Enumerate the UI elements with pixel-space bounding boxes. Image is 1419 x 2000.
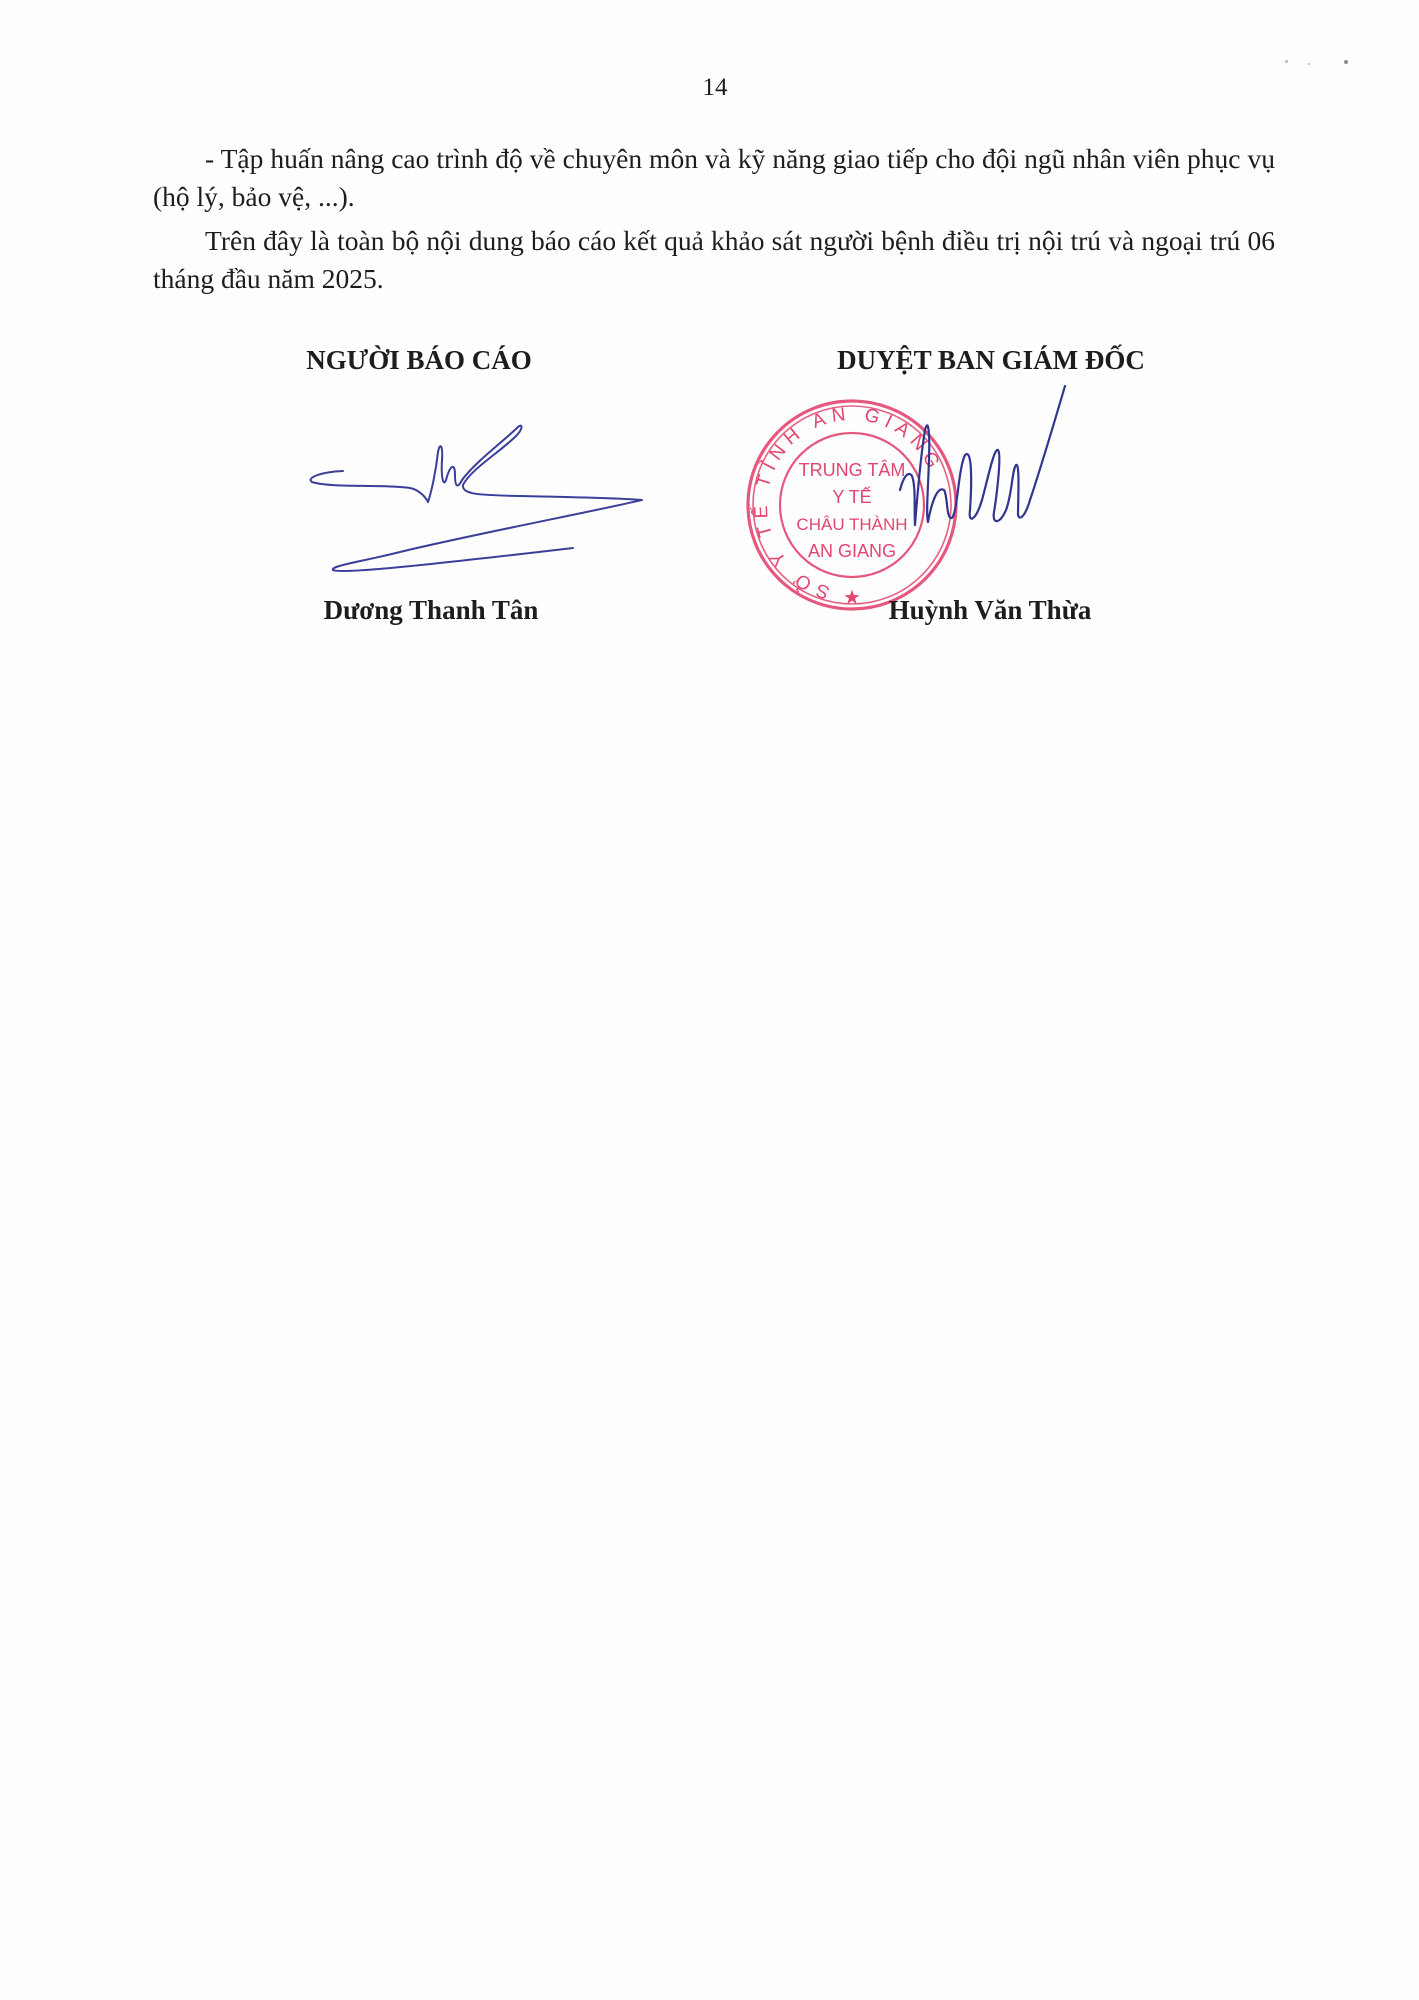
signature-stamp-layer: SỞ Y TẾ TỈNH AN GIANG ★ TRUNG TÂM Y TẾ C… xyxy=(0,0,1419,2000)
stamp-star-icon: ★ xyxy=(843,587,861,609)
scan-speck xyxy=(1308,63,1310,65)
reporter-signature xyxy=(311,426,642,571)
reporter-name: Dương Thanh Tân xyxy=(324,595,539,626)
director-name: Huỳnh Văn Thừa xyxy=(889,595,1092,626)
scan-speck xyxy=(1285,60,1288,63)
stamp-line: Y TẾ xyxy=(832,486,871,507)
stamp-line: CHÂU THÀNH xyxy=(796,515,907,534)
stamp-line: AN GIANG xyxy=(808,541,896,561)
document-page: 14 - Tập huấn nâng cao trình độ về chuyê… xyxy=(0,0,1419,2000)
stamp-line: TRUNG TÂM xyxy=(799,460,906,480)
scan-speck xyxy=(1344,60,1348,64)
